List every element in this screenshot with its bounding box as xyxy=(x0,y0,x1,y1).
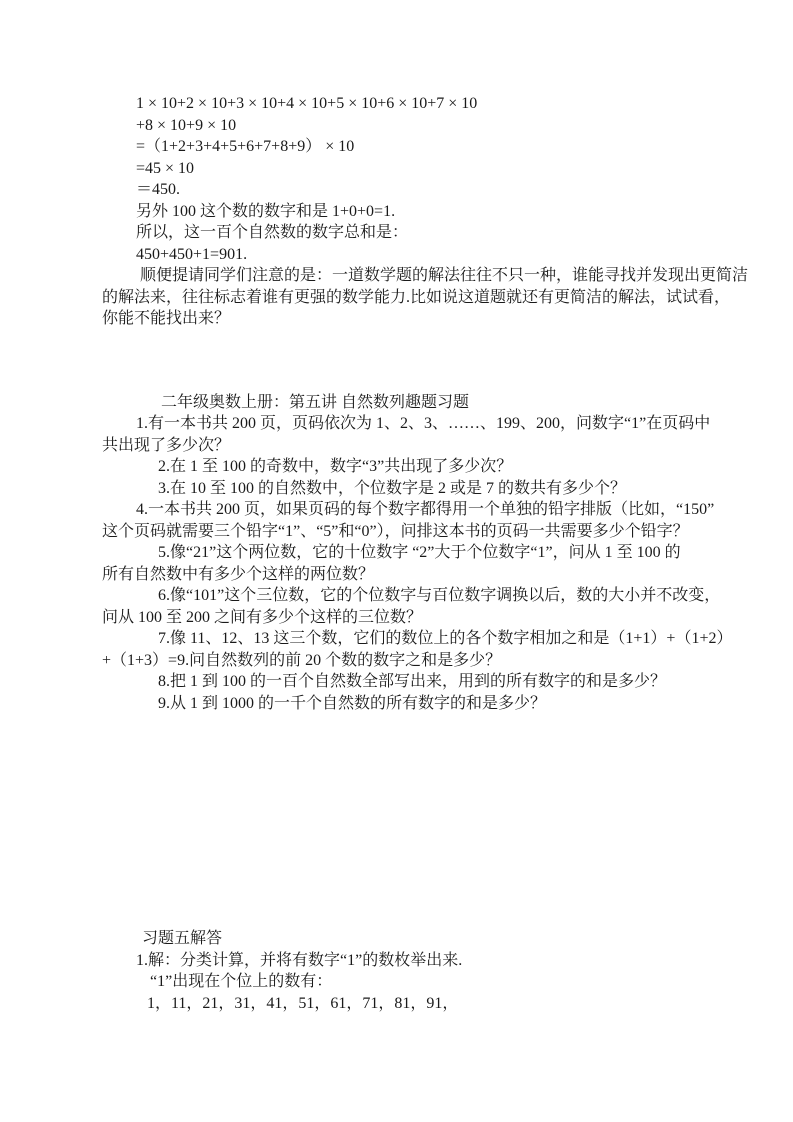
problem-line: 这个页码就需要三个铅字“1”、“5”和“0”），问排这本书的页码一共需要多少个铅… xyxy=(102,521,793,543)
problem-line: 5.像“21”这个两位数，它的十位数字 “2”大于个位数字“1”，问从 1 至 … xyxy=(102,542,793,564)
problem-line: 7.像 11、12、13 这三个数，它们的数位上的各个数字相加之和是（1+1）+… xyxy=(102,628,793,650)
equation-line: ＝450. xyxy=(102,179,793,201)
paragraph-line: 的解法来，往往标志着谁有更强的数学能力.比如说这道题就还有更简洁的解法，试试看， xyxy=(102,287,793,309)
equation-line: =45 × 10 xyxy=(102,158,793,180)
answer-line: 1，11，21，31，41，51，61，71，81，91， xyxy=(102,993,793,1015)
equation-line: 1 × 10+2 × 10+3 × 10+4 × 10+5 × 10+6 × 1… xyxy=(102,93,793,115)
paragraph-line: 所以，这一百个自然数的数字总和是： xyxy=(102,222,793,244)
answers-block: 习题五解答 1.解：分类计算，并将有数字“1”的数枚举出来. “1”出现在个位上… xyxy=(102,928,793,1014)
problem-line: 问从 100 至 200 之间有多少个这样的三位数？ xyxy=(102,607,793,629)
problem-line: 9.从 1 到 1000 的一千个自然数的所有数字的和是多少？ xyxy=(102,693,793,715)
problem-line: 共出现了多少次？ xyxy=(102,435,793,457)
problem-line: 所有自然数中有多少个这样的两位数？ xyxy=(102,564,793,586)
problem-line: 3.在 10 至 100 的自然数中，个位数字是 2 或是 7 的数共有多少个？ xyxy=(102,478,793,500)
equation-line: +8 × 10+9 × 10 xyxy=(102,115,793,137)
answer-line: “1”出现在个位上的数有： xyxy=(102,971,793,993)
paragraph-line: 另外 100 这个数的数字和是 1+0+0=1. xyxy=(102,201,793,223)
paragraph-line: 顺便提请同学们注意的是：一道数学题的解法往往不只一种，谁能寻找并发现出更简洁 xyxy=(102,265,793,287)
problem-set-block: 二年级奥数上册：第五讲 自然数列趣题习题 1.有一本书共 200 页，页码依次为… xyxy=(102,392,793,715)
problem-line: 8.把 1 到 100 的一百个自然数全部写出来，用到的所有数字的和是多少？ xyxy=(102,671,793,693)
problem-line: +（1+3）=9.问自然数列的前 20 个数的数字之和是多少？ xyxy=(102,650,793,672)
problem-line: 2.在 1 至 100 的奇数中，数字“3”共出现了多少次？ xyxy=(102,456,793,478)
answer-line: 1.解：分类计算，并将有数字“1”的数枚举出来. xyxy=(102,950,793,972)
equation-line: 450+450+1=901. xyxy=(102,244,793,266)
previous-solution-block: 1 × 10+2 × 10+3 × 10+4 × 10+5 × 10+6 × 1… xyxy=(102,93,793,330)
document-page: 1 × 10+2 × 10+3 × 10+4 × 10+5 × 10+6 × 1… xyxy=(0,0,793,1122)
problem-line: 6.像“101”这个三位数，它的个位数字与百位数字调换以后，数的大小并不改变， xyxy=(102,585,793,607)
section-title: 习题五解答 xyxy=(102,928,793,950)
paragraph-line: 你能不能找出来？ xyxy=(102,308,793,330)
problem-line: 1.有一本书共 200 页，页码依次为 1、2、3、……、199、200，问数字… xyxy=(102,413,793,435)
problem-line: 4.一本书共 200 页，如果页码的每个数字都得用一个单独的铅字排版（比如，“1… xyxy=(102,499,793,521)
equation-line: =（1+2+3+4+5+6+7+8+9） × 10 xyxy=(102,136,793,158)
section-title: 二年级奥数上册：第五讲 自然数列趣题习题 xyxy=(102,392,793,414)
